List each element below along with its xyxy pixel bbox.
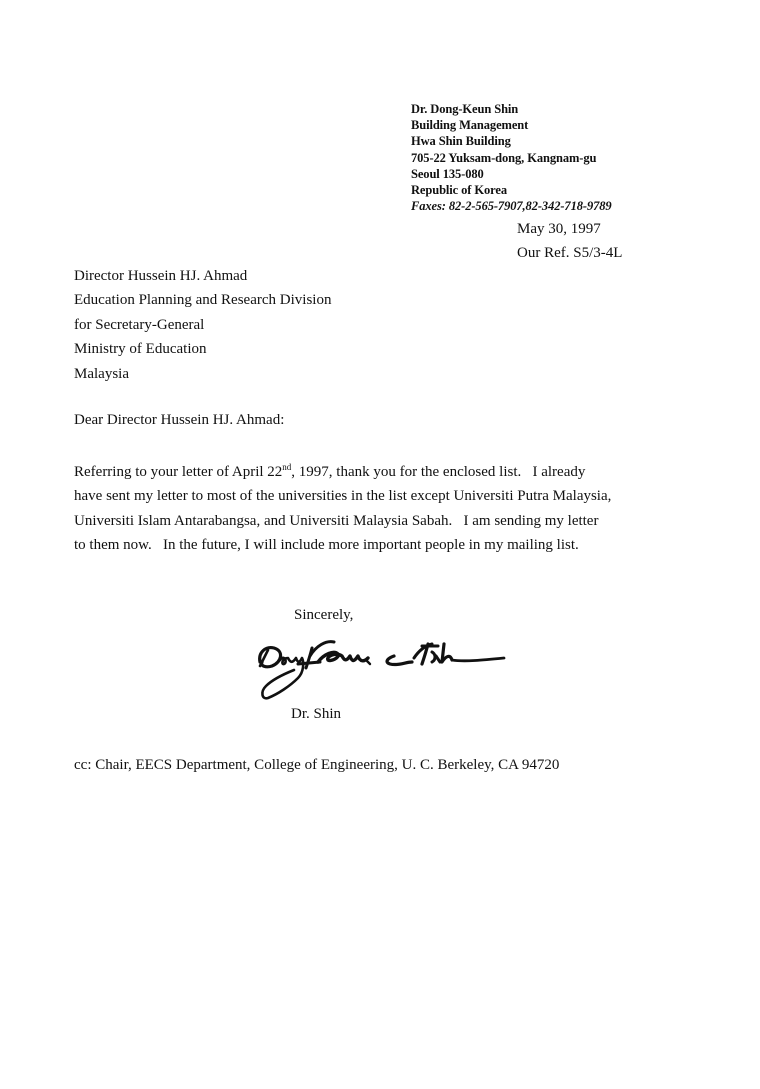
- body-line: have sent my letter to most of the unive…: [74, 484, 611, 508]
- sender-country: Republic of Korea: [411, 182, 612, 198]
- sender-name: Dr. Dong-Keun Shin: [411, 101, 612, 117]
- sender-street: 705-22 Yuksam-dong, Kangnam-gu: [411, 150, 612, 166]
- sender-faxes: Faxes: 82-2-565-7907,82-342-718-9789: [411, 198, 612, 214]
- body-line: to them now. In the future, I will inclu…: [74, 533, 611, 557]
- letter-date: May 30, 1997: [517, 217, 622, 241]
- recipient-line: Ministry of Education: [74, 337, 331, 361]
- recipient-line: Education Planning and Research Division: [74, 288, 331, 312]
- reference-number: Our Ref. S5/3-4L: [517, 241, 622, 265]
- recipient-line: Malaysia: [74, 362, 331, 386]
- closing: Sincerely,: [294, 607, 353, 624]
- body-line: Referring to your letter of April 22nd, …: [74, 460, 611, 484]
- letter-body: Referring to your letter of April 22nd, …: [74, 460, 611, 558]
- recipient-address-block: Director Hussein HJ. Ahmad Education Pla…: [74, 264, 331, 386]
- recipient-line: for Secretary-General: [74, 313, 331, 337]
- salutation: Dear Director Hussein HJ. Ahmad:: [74, 412, 284, 429]
- recipient-line: Director Hussein HJ. Ahmad: [74, 264, 331, 288]
- signer-name: Dr. Shin: [291, 706, 341, 723]
- date-reference-block: May 30, 1997 Our Ref. S5/3-4L: [517, 217, 622, 265]
- sender-city: Seoul 135-080: [411, 166, 612, 182]
- ordinal-suffix: nd: [282, 462, 291, 472]
- carbon-copy-line: cc: Chair, EECS Department, College of E…: [74, 757, 559, 774]
- sender-building: Hwa Shin Building: [411, 133, 612, 149]
- body-line: Universiti Islam Antarabangsa, and Unive…: [74, 509, 611, 533]
- sender-address-block: Dr. Dong-Keun Shin Building Management H…: [411, 101, 612, 214]
- sender-department: Building Management: [411, 117, 612, 133]
- signature-icon: [254, 632, 514, 704]
